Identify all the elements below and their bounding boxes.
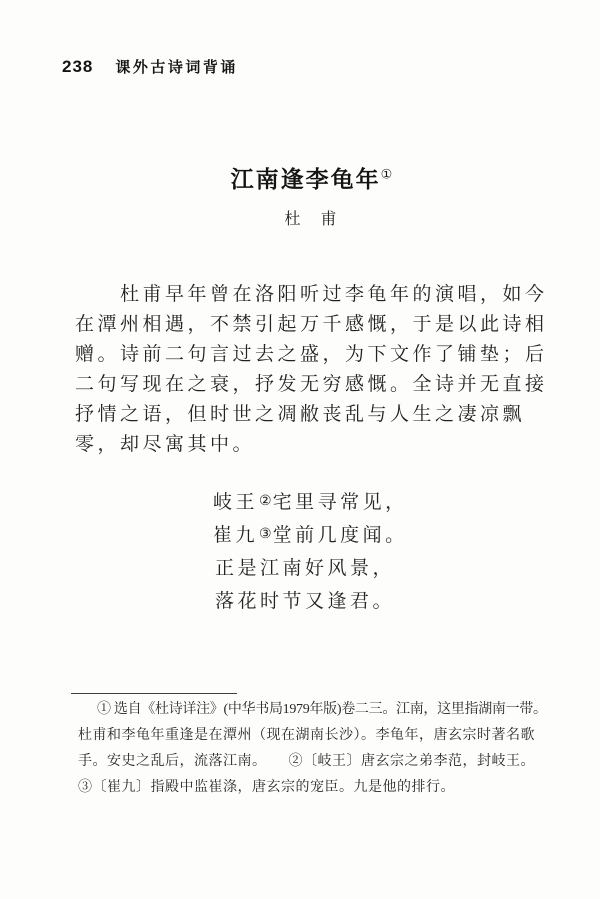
intro-line-1: 杜甫早年曾在洛阳听过李龟年的演唱，如今: [75, 280, 561, 310]
textbook-page: 238 课外古诗词背诵 江南逢李龟年① 杜 甫 杜甫早年曾在洛阳听过李龟年的演唱…: [0, 0, 600, 899]
intro-line-6: 零，却尽寓其中。: [75, 430, 561, 460]
footnote-separator: [71, 693, 237, 694]
footnote-line-2: 杜甫和李龟年重逢是在潭州（现在湖南长沙）。李龟年，唐玄宗时著名歌: [78, 723, 547, 749]
footnote-line-4: ③〔崔九〕指殿中监崔涤，唐玄宗的宠臣。九是他的排行。: [78, 775, 547, 801]
intro-line-4: 二句写现在之衰，抒发无穷感慨。全诗并无直接: [75, 370, 561, 400]
footnote-ref-2-marker: ②: [259, 494, 272, 509]
poem-line-3-rest: 正是江南好风景，: [215, 558, 395, 579]
poem-line-2: 崔九③堂前几度闻。: [213, 519, 408, 552]
footnote-line-3: 手。安史之乱后，流落江南。 ②〔岐王〕唐玄宗之弟李范，封岐王。: [78, 749, 547, 775]
poem-line-1-rest: 宅里寻常见，: [273, 492, 408, 513]
poem-line-1-text: 岐王: [213, 492, 258, 513]
introduction-paragraph: 杜甫早年曾在洛阳听过李龟年的演唱，如今 在潭州相遇，不禁引起万千感慨，于是以此诗…: [75, 280, 561, 460]
footnote-ref-1-marker: ①: [381, 166, 393, 181]
running-title: 课外古诗词背诵: [115, 56, 238, 77]
footnotes: ① 选自《杜诗详注》(中华书局1979年版)卷二三。江南，这里指湖南一带。 杜甫…: [78, 697, 547, 801]
page-header: 238 课外古诗词背诵: [62, 56, 238, 77]
intro-line-5: 抒情之语，但时世之凋敝丧乱与人生之凄凉飘: [75, 400, 561, 430]
poem-title: 江南逢李龟年①: [75, 166, 548, 194]
poem-line-2-text: 崔九: [213, 525, 258, 546]
page-number: 238: [62, 57, 93, 77]
poem-line-1: 岐王②宅里寻常见，: [213, 486, 408, 519]
poem-line-3: 正是江南好风景，: [213, 552, 408, 585]
footnote-ref-3-marker: ③: [259, 527, 272, 542]
poem-line-2-rest: 堂前几度闻。: [273, 525, 408, 546]
intro-line-3: 赠。诗前二句言过去之盛，为下文作了铺垫；后: [75, 340, 561, 370]
poem-line-4: 落花时节又逢君。: [213, 585, 408, 618]
poem-body: 岐王②宅里寻常见， 崔九③堂前几度闻。 正是江南好风景， 落花时节又逢君。: [213, 486, 408, 618]
poem-author: 杜 甫: [75, 210, 548, 231]
footnote-line-1: ① 选自《杜诗详注》(中华书局1979年版)卷二三。江南，这里指湖南一带。: [78, 697, 547, 723]
intro-line-2: 在潭州相遇，不禁引起万千感慨，于是以此诗相: [75, 310, 561, 340]
poem-title-text: 江南逢李龟年: [231, 166, 381, 192]
poem-line-4-rest: 落花时节又逢君。: [215, 591, 395, 612]
